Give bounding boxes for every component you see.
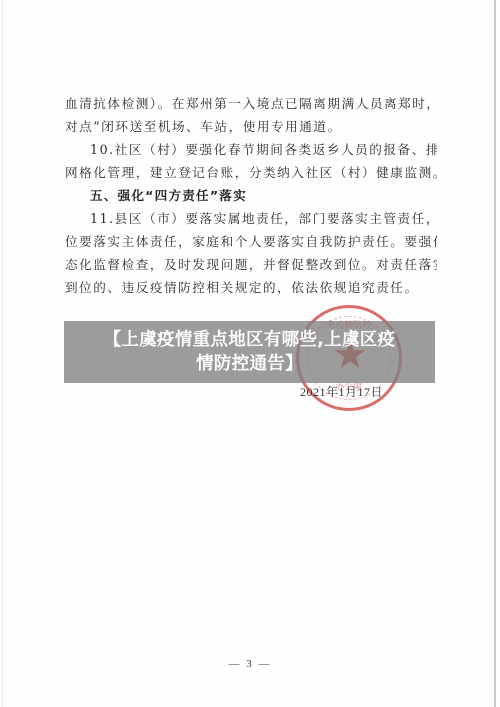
title-overlay-banner: 【上虞疫情重点地区有哪些,上虞区疫 情防控通告】 [64, 321, 435, 383]
paragraph-line: 网格化管理，建立登记台账，分类纳入社区（村）健康监测。 [65, 161, 437, 184]
paragraph-line: 10.社区（村）要强化春节期间各类返乡人员的报备、排查、 [65, 138, 437, 161]
page-number: — 3 — [0, 658, 500, 670]
document-page: 血清抗体检测）。在郑州第一入境点已隔离期满人员离郑时，“点 对点”闭环送至机场、… [0, 0, 500, 707]
paragraph-line: 血清抗体检测）。在郑州第一入境点已隔离期满人员离郑时，“点 [65, 92, 437, 115]
page-right-edge [494, 0, 496, 707]
paragraph-line: 态化监督检查，及时发现问题，并督促整改到位。对责任落实不 [65, 253, 437, 276]
paragraph-line: 位要落实主体责任，家庭和个人要落实自我防护责任。要强化常 [65, 230, 437, 253]
document-date: 2021年1月17日 [300, 383, 383, 400]
paragraph-line: 对点”闭环送至机场、车站，使用专用通道。 [65, 115, 437, 138]
page-left-edge [2, 0, 3, 707]
section-heading: 五、强化“四方责任”落实 [65, 184, 437, 207]
document-body: 血清抗体检测）。在郑州第一入境点已隔离期满人员离郑时，“点 对点”闭环送至机场、… [65, 92, 437, 299]
banner-title-line-2: 情防控通告】 [196, 352, 303, 376]
banner-title-line-1: 【上虞疫情重点地区有哪些,上虞区疫 [104, 328, 396, 352]
paragraph-line: 到位的、违反疫情防控相关规定的，依法依规追究责任。 [65, 276, 437, 299]
paragraph-line: 11.县区（市）要落实属地责任，部门要落实主管责任，单 [65, 207, 437, 230]
